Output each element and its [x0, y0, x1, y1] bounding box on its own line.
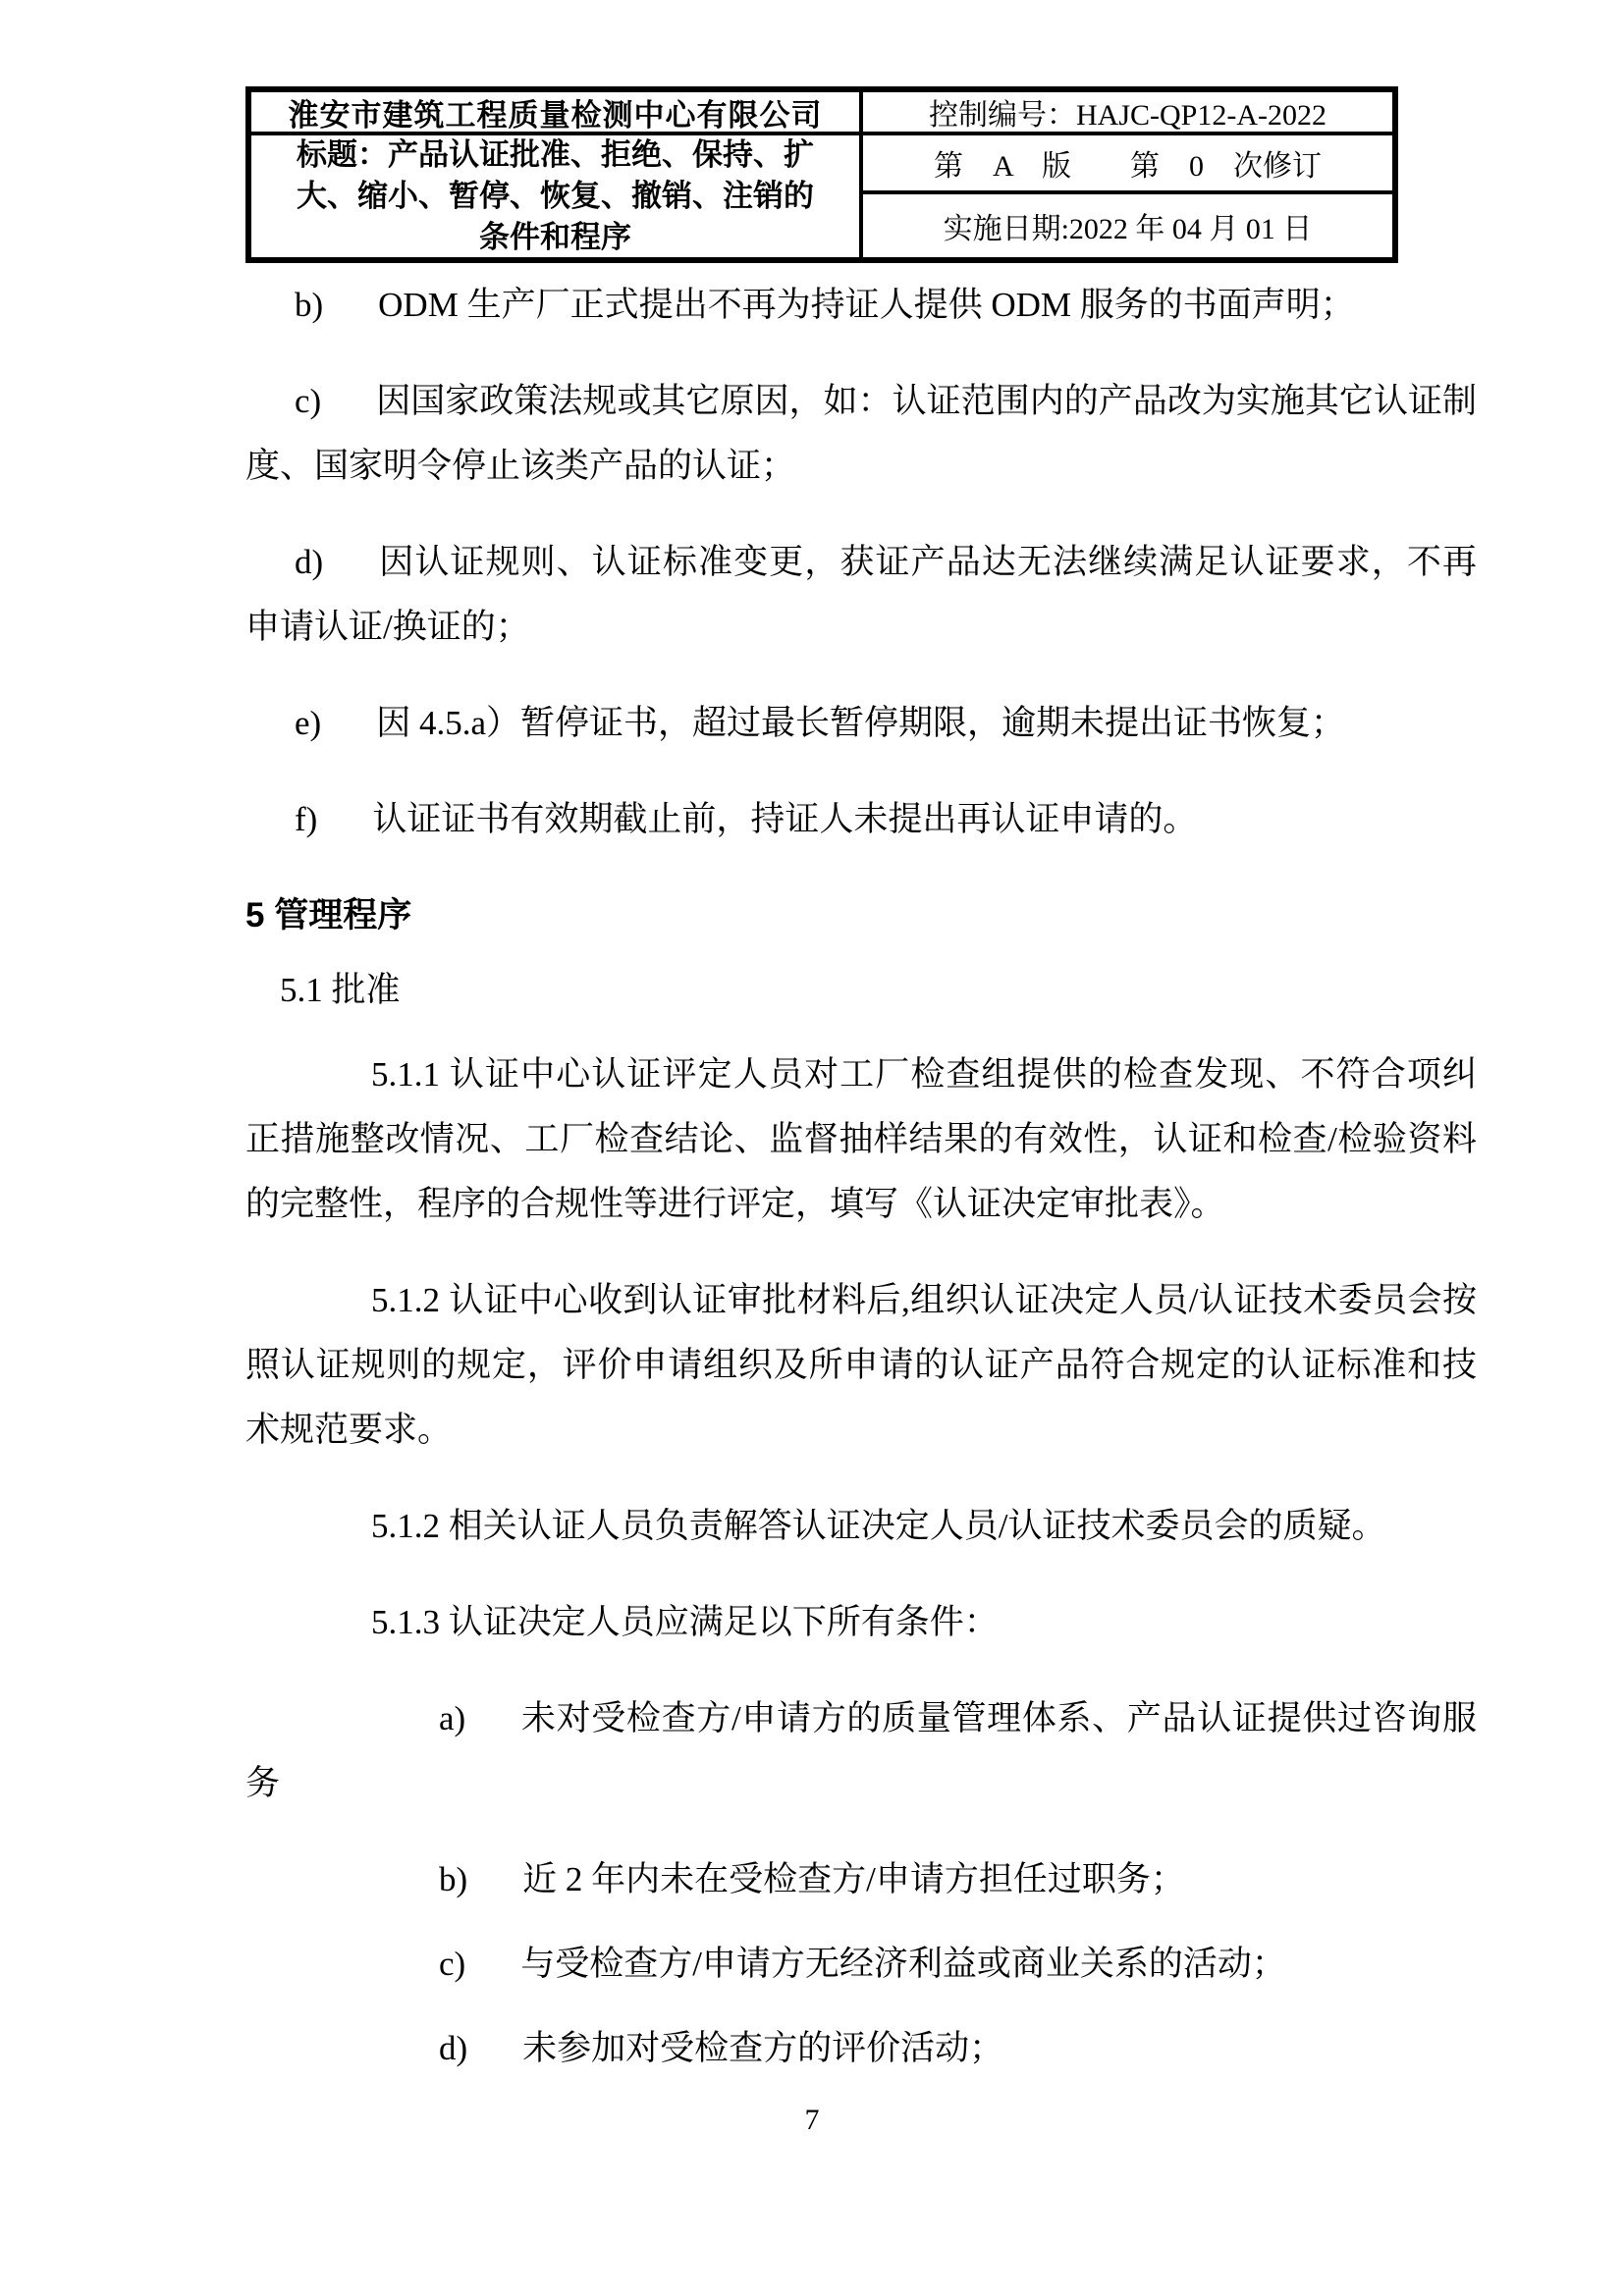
list-item-label: b) [439, 1860, 467, 1898]
list-item-text: 与受检查方/申请方无经济利益或商业关系的活动； [520, 1945, 1286, 1983]
list-item-text: 因 4.5.a）暂停证书，超过最长暂停期限，逾期未提出证书恢复； [376, 704, 1345, 742]
list-item-text: 因认证规则、认证标准变更，获证产品达无法继续满足认证要求，不再申请认证/换证的； [245, 543, 1477, 646]
list-item-label: f) [295, 800, 317, 838]
paragraph-5-1-3: 5.1.3 认证决定人员应满足以下所有条件： [245, 1590, 1477, 1655]
list-item-d: d)因认证规则、认证标准变更，获证产品达无法继续满足认证要求，不再申请认证/换证… [245, 530, 1477, 660]
list-item-label: d) [295, 543, 323, 581]
document-title: 标题：产品认证批准、拒绝、保持、扩 大、缩小、暂停、恢复、撤销、注销的 条件和程… [249, 133, 861, 259]
list-item-label: c) [439, 1945, 465, 1983]
version-revision: 第 A 版 第 0 次修订 [861, 133, 1394, 192]
list-item-text: 未参加对受检查方的评价活动； [522, 2029, 1003, 2067]
section-heading-5-1: 5.1 批准 [245, 958, 1477, 1023]
header-table: 淮安市建筑工程质量检测中心有限公司 控制编号：HAJC-QP12-A-2022 … [245, 86, 1398, 263]
paragraph-5-1-1: 5.1.1 认证中心认证评定人员对工厂检查组提供的检查发现、不符合项纠正措施整改… [245, 1042, 1477, 1237]
list-item-e: e)因 4.5.a）暂停证书，超过最长暂停期限，逾期未提出证书恢复； [245, 691, 1477, 756]
list-item-label: c) [295, 382, 321, 420]
list-item-text: ODM 生产厂正式提出不再为持证人提供 ODM 服务的书面声明； [378, 286, 1355, 324]
document-title-line: 大、缩小、暂停、恢复、撤销、注销的 [297, 176, 814, 217]
list-item-f: f)认证证书有效期截止前，持证人未提出再认证申请的。 [245, 787, 1477, 852]
list-item-label: a) [439, 1699, 465, 1737]
document-title-line: 条件和程序 [479, 217, 631, 258]
document-body: b)ODM 生产厂正式提出不再为持证人提供 ODM 服务的书面声明； c)因国家… [245, 273, 1477, 2081]
company-name: 淮安市建筑工程质量检测中心有限公司 [249, 90, 861, 133]
list-item-label: e) [295, 704, 321, 742]
paragraph-5-1-2b: 5.1.2 相关认证人员负责解答认证决定人员/认证技术委员会的质疑。 [245, 1494, 1477, 1559]
list-item-label: b) [295, 286, 323, 324]
list-item-b: b)ODM 生产厂正式提出不再为持证人提供 ODM 服务的书面声明； [245, 273, 1477, 338]
condition-item-d: d)未参加对受检查方的评价活动； [245, 2016, 1477, 2081]
page-number: 7 [0, 2101, 1624, 2140]
list-item-text: 未对受检查方/申请方的质量管理体系、产品认证提供过咨询服务 [245, 1699, 1477, 1802]
implementation-date: 实施日期:2022 年 04 月 01 日 [861, 192, 1394, 259]
list-item-text: 近 2 年内未在受检查方/申请方担任过职务； [522, 1860, 1185, 1898]
control-number: 控制编号：HAJC-QP12-A-2022 [861, 90, 1394, 133]
paragraph-5-1-2a: 5.1.2 认证中心收到认证审批材料后,组织认证决定人员/认证技术委员会按照认证… [245, 1268, 1477, 1463]
list-item-label: d) [439, 2029, 467, 2067]
section-heading-5: 5 管理程序 [245, 883, 1477, 948]
list-item-c: c)因国家政策法规或其它原因，如：认证范围内的产品改为实施其它认证制度、国家明令… [245, 369, 1477, 499]
document-page: 淮安市建筑工程质量检测中心有限公司 控制编号：HAJC-QP12-A-2022 … [0, 0, 1624, 2296]
condition-item-c: c)与受检查方/申请方无经济利益或商业关系的活动； [245, 1932, 1477, 1997]
list-item-text: 因国家政策法规或其它原因，如：认证范围内的产品改为实施其它认证制度、国家明令停止… [245, 382, 1477, 485]
condition-item-a: a)未对受检查方/申请方的质量管理体系、产品认证提供过咨询服务 [245, 1686, 1477, 1816]
condition-item-b: b)近 2 年内未在受检查方/申请方担任过职务； [245, 1847, 1477, 1912]
document-title-line: 标题：产品认证批准、拒绝、保持、扩 [297, 134, 814, 176]
list-item-text: 认证证书有效期截止前，持证人未提出再认证申请的。 [372, 800, 1197, 838]
